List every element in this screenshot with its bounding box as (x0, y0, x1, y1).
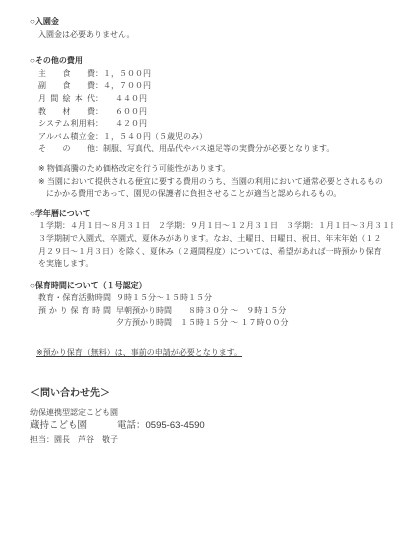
fee-notes: ※ 物価高騰のため価格改定を行う可能性があります。 ※ 当園において提供される便… (30, 163, 386, 201)
fee-value: ６００円 (99, 107, 147, 116)
section-other-fees: ○その他の費用 主食費：１，５００円 副食費：４，７００円 月間絵本代： ４４０… (30, 55, 379, 201)
fee-row-staple-food: 主食費：１，５００円 (30, 68, 379, 81)
hours-value: 夕方預かり時間 １５時１５分 ～ １７時００分 (116, 318, 288, 327)
fee-colon: ： (95, 144, 103, 153)
fee-colon: ： (95, 69, 103, 78)
admission-fee-body: 入園金は必要ありません。 (30, 29, 379, 42)
section-admission-fee: ○入園金 入園金は必要ありません。 (30, 16, 379, 41)
contact-staff: 担当：園長 芦谷 敬子 (30, 433, 379, 446)
fee-label: システム利用料 (38, 118, 95, 131)
document-page: ○入園金 入園金は必要ありません。 ○その他の費用 主食費：１，５００円 副食費… (0, 0, 393, 446)
fee-row-side-food: 副食費：４，７００円 (30, 80, 379, 93)
contact-org-type: 幼保連携型認定こども園 (30, 406, 379, 419)
childcare-hours-heading: ○保育時間について（１号認定） (30, 280, 379, 293)
school-year-heading: ○学年暦について (30, 208, 379, 221)
fee-value: ４２０円 (99, 119, 147, 128)
fee-value: 制服、写真代、用品代やバス遠足等の実費分が必要となります。 (103, 144, 334, 153)
fee-label: 月間絵本代 (38, 93, 95, 106)
fee-label: アルバム積立金 (38, 131, 95, 144)
hours-row-evening-care: 夕方預かり時間 １５時１５分 ～ １７時００分 (30, 317, 379, 330)
fee-value: １，５４０円（５歳児のみ） (103, 132, 207, 141)
fee-row-others: その他：制服、写真代、用品代やバス遠足等の実費分が必要となります。 (30, 143, 379, 156)
contact-org-name: 蔵持こども園 (30, 420, 87, 431)
school-year-terms: １学期：４月１日～８月３１日 ２学期：９月１日～１２月３１日 ３学期：１月１日～… (30, 220, 382, 233)
fee-value: ４，７００円 (103, 81, 151, 90)
hours-row-morning-care: 預かり保育時間早朝預かり時間 ８時３０分 ～ ９時１５分 (30, 305, 379, 318)
fee-label: 副食費 (38, 80, 95, 93)
fee-label: その他 (38, 143, 95, 156)
fee-row-system: システム利用料： ４２０円 (30, 118, 379, 131)
fee-note-price-revision: ※ 物価高騰のため価格改定を行う可能性があります。 (46, 163, 386, 176)
school-year-detail: ３学期制で入園式、卒園式、夏休みがあります。なお、土曜日、日曜日、祝日、年末年始… (30, 233, 382, 271)
fee-colon: ： (95, 132, 103, 141)
advance-application-note: ※預かり保育（無料）は、事前の申請が必要となります。 (36, 347, 379, 360)
fee-row-album: アルバム積立金：１，５４０円（５歳児のみ） (30, 131, 379, 144)
fee-value: １，５００円 (103, 69, 151, 78)
hours-value: ９時１５分～１５時１５分 (116, 293, 212, 302)
fee-row-materials: 教材費： ６００円 (30, 106, 379, 119)
fee-colon: ： (95, 81, 103, 90)
fee-note-expense-policy: ※ 当園において提供される便宜に要する費用のうち、当園の利用において通常必要とさ… (46, 176, 386, 201)
hours-label: 教育・保育活動時間 (38, 292, 111, 305)
hours-label: 預かり保育時間 (38, 305, 111, 318)
admission-fee-heading: ○入園金 (30, 16, 379, 29)
section-childcare-hours: ○保育時間について（１号認定） 教育・保育活動時間９時１５分～１５時１５分 預か… (30, 280, 379, 330)
fee-label: 主食費 (38, 68, 95, 81)
hours-value: 早朝預かり時間 ８時３０分 ～ ９時１５分 (116, 306, 286, 315)
other-fees-heading: ○その他の費用 (30, 55, 379, 68)
contact-heading: ＜問い合わせ先＞ (30, 387, 379, 401)
section-contact: ＜問い合わせ先＞ 幼保連携型認定こども園 蔵持こども園電話：0595-63-45… (30, 387, 379, 446)
fee-label: 教材費 (38, 106, 95, 119)
hours-row-activity: 教育・保育活動時間９時１５分～１５時１５分 (30, 292, 379, 305)
fee-value: ４４０円 (99, 94, 147, 103)
section-school-year: ○学年暦について １学期：４月１日～８月３１日 ２学期：９月１日～１２月３１日 … (30, 208, 379, 271)
contact-name-line: 蔵持こども園電話：0595-63-4590 (30, 419, 379, 433)
contact-phone: 電話：0595-63-4590 (117, 420, 205, 431)
fee-row-picture-book: 月間絵本代： ４４０円 (30, 93, 379, 106)
